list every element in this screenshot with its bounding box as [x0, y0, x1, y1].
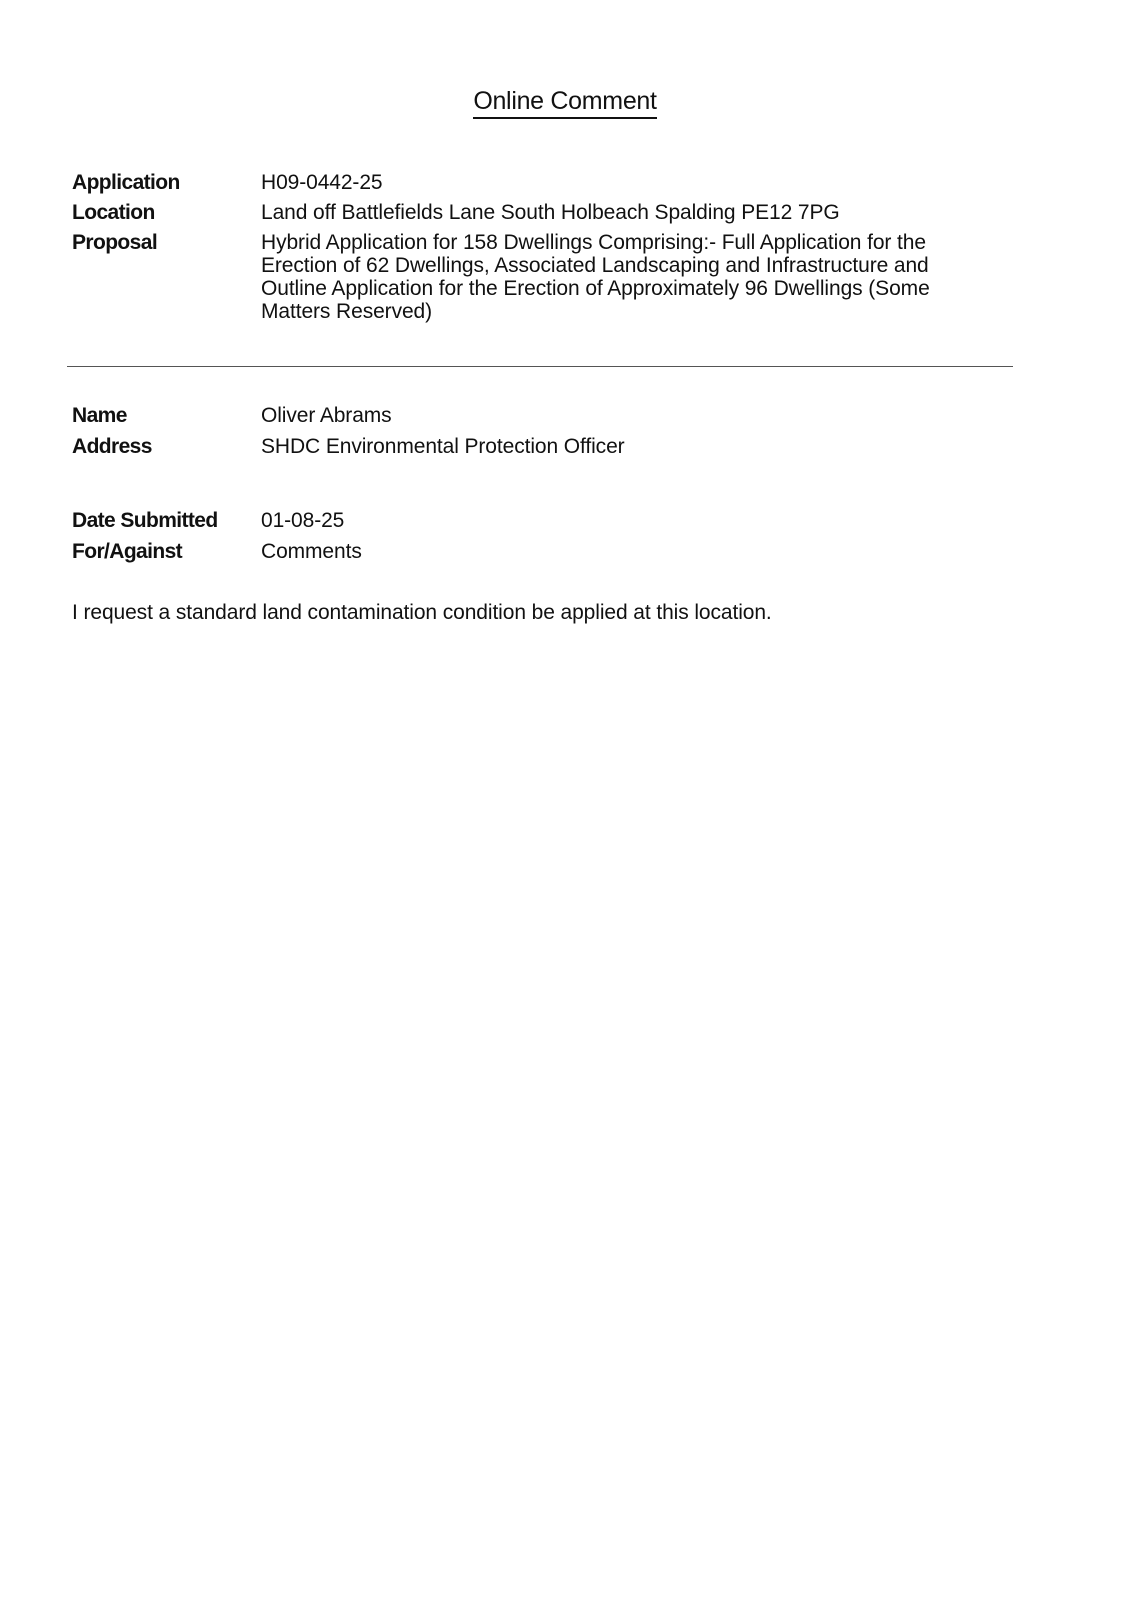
page-title-text: Online Comment — [473, 86, 656, 119]
proposal-label: Proposal — [72, 231, 252, 254]
address-value: SHDC Environmental Protection Officer — [261, 435, 1001, 458]
page-title: Online Comment — [0, 86, 1130, 119]
location-label: Location — [72, 201, 252, 224]
address-label: Address — [72, 435, 252, 458]
for-against-value: Comments — [261, 540, 1001, 563]
proposal-value: Hybrid Application for 158 Dwellings Com… — [261, 231, 996, 323]
location-value: Land off Battlefields Lane South Holbeac… — [261, 201, 1001, 224]
date-submitted-value: 01-08-25 — [261, 509, 1001, 532]
for-against-label: For/Against — [72, 540, 252, 563]
comment-text: I request a standard land contamination … — [72, 601, 772, 624]
section-divider — [67, 366, 1013, 367]
name-label: Name — [72, 404, 252, 427]
name-value: Oliver Abrams — [261, 404, 1001, 427]
date-submitted-label: Date Submitted — [72, 509, 252, 532]
application-label: Application — [72, 171, 252, 194]
application-value: H09-0442-25 — [261, 171, 1001, 194]
